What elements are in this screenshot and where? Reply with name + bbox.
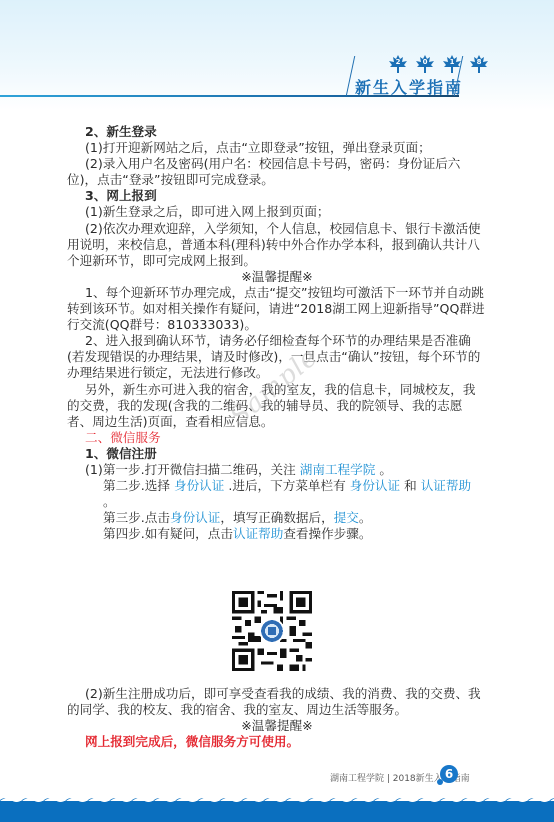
auth-help-link[interactable]: 认证帮助 bbox=[421, 478, 471, 493]
page-content: 2、新生登录 (1)打开迎新网站之后，点击“立即登录”按钮，弹出登录页面； (2… bbox=[67, 124, 487, 542]
year-digit: 1 bbox=[442, 58, 462, 66]
section-heading-login: 2、新生登录 bbox=[67, 124, 487, 140]
report-step-2: (2)依次办理欢迎辞，入学须知，个人信息，校园信息卡、银行卡激活使用说明，来校信… bbox=[67, 221, 487, 269]
step2-mid: .进后，下方菜单栏有 bbox=[224, 478, 349, 493]
post-qr-content: (2)新生注册成功后，即可享受查看我的成绩、我的消费、我的交费、我的同学、我的校… bbox=[67, 686, 487, 750]
maple-leaf-icon: 1 bbox=[442, 54, 462, 74]
year-digit: 2 bbox=[388, 58, 408, 66]
wechat-step-1: (1)第一步.打开微信扫描二维码，关注 湖南工程学院 。 bbox=[67, 462, 487, 478]
step3-suffix: 。 bbox=[359, 510, 372, 525]
step1-prefix: (1)第一步.打开微信扫描二维码，关注 bbox=[85, 462, 300, 477]
identity-auth-link[interactable]: 身份认证 bbox=[170, 510, 220, 525]
reminder-item-1: 1、每个迎新环节办理完成，点击“提交”按钮均可激活下一环节并自动跳转到该环节。如… bbox=[67, 285, 487, 333]
year-digit: 0 bbox=[415, 58, 435, 66]
page-number: 6 bbox=[440, 765, 458, 783]
auth-help-link[interactable]: 认证帮助 bbox=[233, 526, 283, 541]
wechat-availability-note: 网上报到完成后，微信服务方可使用。 bbox=[67, 734, 487, 750]
login-step-2: (2)录入用户名及密码(用户名：校园信息卡号码，密码：身份证后六位)，点击“登录… bbox=[67, 156, 487, 188]
wechat-after-register: (2)新生注册成功后，即可享受查看我的成绩、我的消费、我的交费、我的同学、我的校… bbox=[67, 686, 487, 718]
step2-and: 和 bbox=[400, 478, 421, 493]
school-account-link[interactable]: 湖南工程学院 bbox=[300, 462, 376, 477]
submit-link[interactable]: 提交 bbox=[334, 510, 359, 525]
step3-prefix: 第三步.点击 bbox=[103, 510, 170, 525]
maple-leaf-icon: 0 bbox=[415, 54, 435, 74]
wechat-subheading: 1、微信注册 bbox=[67, 446, 487, 462]
step2-prefix: 第二步.选择 bbox=[103, 478, 174, 493]
qr-code bbox=[232, 591, 312, 671]
identity-auth-link[interactable]: 身份认证 bbox=[350, 478, 400, 493]
year-digit: 8 bbox=[469, 58, 489, 66]
brand-logo: 2 0 1 8 新生入学指南 bbox=[348, 52, 518, 98]
step3-mid: ，填写正确数据后， bbox=[220, 510, 333, 525]
step4-suffix: 查看操作步骤。 bbox=[283, 526, 371, 541]
brand-title: 新生入学指南 bbox=[355, 75, 463, 98]
reminder-title: ※温馨提醒※ bbox=[67, 269, 487, 285]
report-step-1: (1)新生登录之后，即可进入网上报到页面； bbox=[67, 204, 487, 220]
maple-leaf-icon: 8 bbox=[469, 54, 489, 74]
section-heading-wechat: 二、微信服务 bbox=[67, 430, 487, 446]
maple-leaf-icon: 2 bbox=[388, 54, 408, 74]
section-heading-report: 3、网上报到 bbox=[67, 188, 487, 204]
footer-wave-band bbox=[0, 795, 554, 822]
step2-suffix: 。 bbox=[103, 494, 116, 509]
wechat-step-2: 第二步.选择 身份认证 .进后，下方菜单栏有 身份认证 和 认证帮助 。 bbox=[67, 478, 487, 510]
wechat-step-4: 第四步.如有疑问，点击认证帮助查看操作步骤。 bbox=[67, 526, 487, 542]
reminder-title-2: ※温馨提醒※ bbox=[67, 718, 487, 734]
step4-prefix: 第四步.如有疑问，点击 bbox=[103, 526, 233, 541]
step1-suffix: 。 bbox=[375, 462, 392, 477]
wechat-step-3: 第三步.点击身份认证，填写正确数据后，提交。 bbox=[67, 510, 487, 526]
identity-auth-link[interactable]: 身份认证 bbox=[174, 478, 224, 493]
slash-left bbox=[346, 56, 356, 96]
login-step-1: (1)打开迎新网站之后，点击“立即登录”按钮，弹出登录页面； bbox=[67, 140, 487, 156]
